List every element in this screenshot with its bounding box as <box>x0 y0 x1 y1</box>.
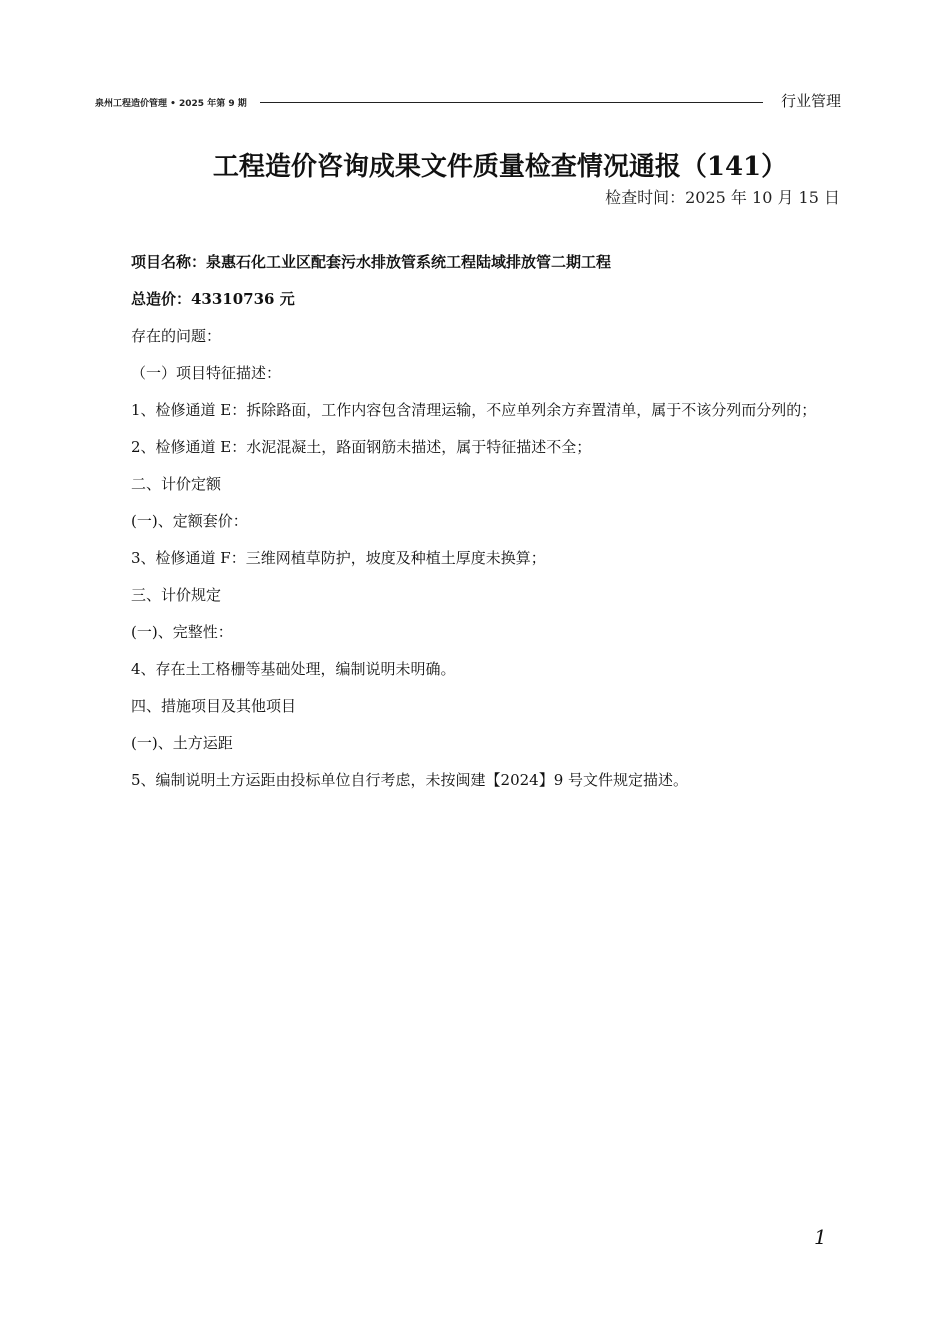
paragraph: 存在的问题： <box>110 318 842 355</box>
paragraph: 5、编制说明土方运距由投标单位自行考虑，未按闽建【2024】9 号文件规定描述。 <box>110 762 842 799</box>
paragraph: （一）项目特征描述： <box>110 355 842 392</box>
publication-label: 泉州工程造价管理 • 2025 年第 9 期 <box>95 96 247 109</box>
paragraph: 四、措施项目及其他项目 <box>110 688 842 725</box>
paragraph: (一)、定额套价： <box>110 503 842 540</box>
paragraph: 4、存在土工格栅等基础处理，编制说明未明确。 <box>110 651 842 688</box>
paragraph: 1、检修通道 E：拆除路面，工作内容包含清理运输，不应单列余方弃置清单，属于不该… <box>89 392 842 429</box>
inspection-date: 检查时间：2025 年 10 月 15 日 <box>605 185 840 208</box>
project-name: 项目名称：泉惠石化工业区配套污水排放管系统工程陆域排放管二期工程 <box>110 244 842 281</box>
paragraph: 三、计价规定 <box>110 577 842 614</box>
document-title: 工程造价咨询成果文件质量检查情况通报（141） <box>0 146 950 183</box>
header-divider <box>260 102 763 103</box>
running-header: 泉州工程造价管理 • 2025 年第 9 期 行业管理 <box>95 90 841 110</box>
paragraph: (一)、土方运距 <box>110 725 842 762</box>
paragraph: 3、检修通道 F：三维网植草防护，坡度及种植土厚度未换算； <box>110 540 842 577</box>
total-cost: 总造价：43310736 元 <box>110 281 842 318</box>
paragraph: 2、检修通道 E：水泥混凝土，路面钢筋未描述，属于特征描述不全； <box>110 429 842 466</box>
paragraph: 二、计价定额 <box>110 466 842 503</box>
section-label: 行业管理 <box>781 90 841 111</box>
paragraph: (一)、完整性： <box>110 614 842 651</box>
page-number: 1 <box>814 1225 827 1249</box>
document-body: 项目名称：泉惠石化工业区配套污水排放管系统工程陆域排放管二期工程 总造价：433… <box>110 244 842 799</box>
